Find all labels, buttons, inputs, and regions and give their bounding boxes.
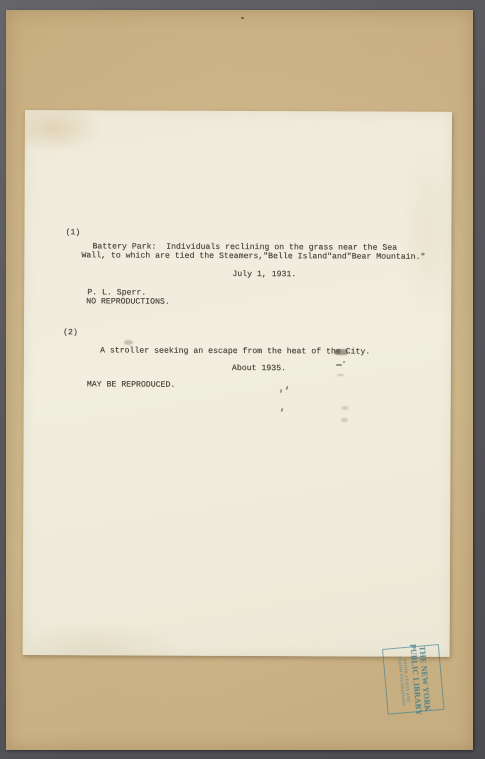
nypl-stamp-text: THE NEW YORK PUBLIC LIBRARY ASTOR, LENOX…	[383, 645, 443, 714]
entry1-caption-line2: Wall, to which are tied the Steamers,"Be…	[81, 251, 425, 262]
entry2-rights: MAY BE REPRODUCED.	[87, 380, 175, 389]
board-speck	[241, 17, 244, 19]
entry2-number: (2)	[63, 328, 78, 337]
entry2-date: About 1935.	[232, 364, 286, 373]
entry1-rights: NO REPRODUCTIONS.	[86, 297, 170, 306]
entry2-caption-line1: A stroller seeking an escape from the he…	[100, 346, 370, 356]
entry1-date: July 1, 1931.	[232, 270, 296, 279]
nypl-stamp: THE NEW YORK PUBLIC LIBRARY ASTOR, LENOX…	[382, 644, 445, 715]
entry1-photographer: P. L. Sperr.	[87, 288, 146, 297]
scanned-archive-card: { "entries": { "e1": { "number": "(1)", …	[0, 0, 485, 759]
caption-card: (1) Battery Park: Individuals reclining …	[23, 110, 452, 657]
entry1-number: (1)	[65, 228, 80, 237]
